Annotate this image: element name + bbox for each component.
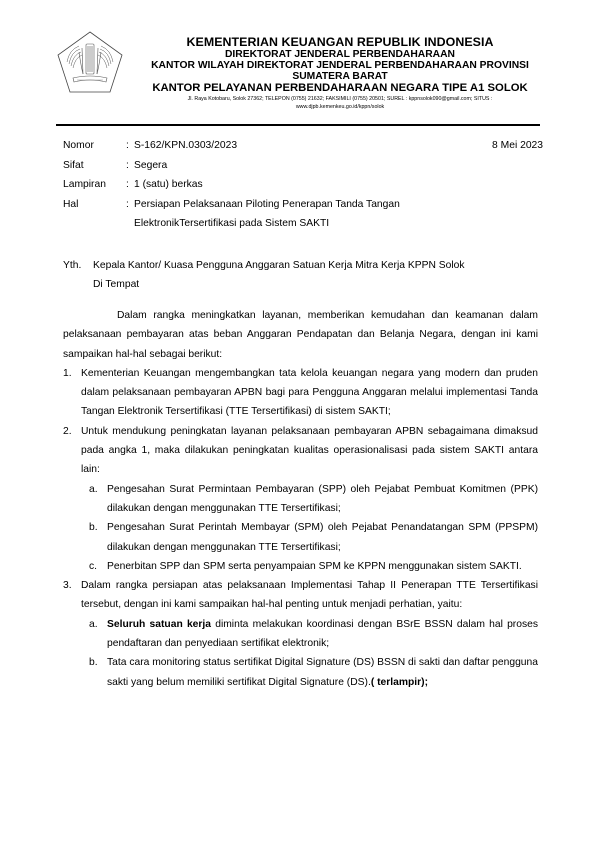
attachment-note: ( terlampir); bbox=[371, 677, 428, 688]
meta-colon: : bbox=[126, 160, 129, 171]
letterhead-website: www.djpb.kemenkeu.go.id/kppn/solok bbox=[120, 104, 560, 111]
meta-row-nomor: Nomor : S-162/KPN.0303/2023 bbox=[63, 140, 543, 160]
letterhead-divider bbox=[56, 124, 540, 126]
letter-metadata: 8 Mei 2023 Nomor : S-162/KPN.0303/2023 S… bbox=[63, 140, 543, 238]
sub-list-letter: a. bbox=[89, 615, 98, 634]
main-list: 3. Dalam rangka persiapan atas pelaksana… bbox=[63, 576, 538, 615]
letter-page: KEMENTERIAN KEUANGAN REPUBLIK INDONESIA … bbox=[0, 0, 595, 842]
meta-colon: : bbox=[126, 179, 129, 190]
list-text: Dalam rangka persiapan atas pelaksanaan … bbox=[81, 580, 538, 610]
letter-body: Dalam rangka meningkatkan layanan, membe… bbox=[63, 306, 538, 692]
sub-list: a. Seluruh satuan kerja diminta melakuka… bbox=[63, 615, 538, 692]
list-number: 1. bbox=[63, 364, 72, 383]
meta-value: Segera bbox=[134, 160, 494, 171]
sub-list-text: Pengesahan Surat Permintaan Pembayaran (… bbox=[107, 484, 538, 514]
sub-list: a. Pengesahan Surat Permintaan Pembayara… bbox=[63, 480, 538, 576]
meta-value: Persiapan Pelaksanaan Piloting Penerapan… bbox=[134, 199, 494, 210]
sub-list-item: c. Penerbitan SPP dan SPM serta penyampa… bbox=[63, 557, 538, 576]
meta-label: Lampiran bbox=[63, 179, 106, 190]
list-text: Kementerian Keuangan mengembangkan tata … bbox=[81, 368, 538, 418]
letterhead-ministry: KEMENTERIAN KEUANGAN REPUBLIK INDONESIA bbox=[120, 36, 560, 49]
meta-value: S-162/KPN.0303/2023 bbox=[134, 140, 494, 151]
list-number: 3. bbox=[63, 576, 72, 595]
letterhead-address: Jl. Raya Kotobaru, Solok 27362; TELEPON … bbox=[120, 96, 560, 103]
letterhead: KEMENTERIAN KEUANGAN REPUBLIK INDONESIA … bbox=[120, 36, 560, 111]
meta-row-lampiran: Lampiran : 1 (satu) berkas bbox=[63, 179, 543, 199]
list-item: 1. Kementerian Keuangan mengembangkan ta… bbox=[63, 364, 538, 422]
letterhead-office: KANTOR PELAYANAN PERBENDAHARAAN NEGARA T… bbox=[120, 83, 560, 95]
sub-list-text: Penerbitan SPP dan SPM serta penyampaian… bbox=[107, 561, 522, 572]
list-item: 3. Dalam rangka persiapan atas pelaksana… bbox=[63, 576, 538, 615]
sub-list-letter: b. bbox=[89, 653, 98, 672]
sub-list-letter: b. bbox=[89, 518, 98, 537]
sub-list-text: Tata cara monitoring status sertifikat D… bbox=[107, 657, 538, 687]
meta-label: Nomor bbox=[63, 140, 94, 151]
list-text: Untuk mendukung peningkatan layanan pela… bbox=[81, 426, 538, 476]
main-list: 1. Kementerian Keuangan mengembangkan ta… bbox=[63, 364, 538, 480]
addressee-salutation: Yth. bbox=[63, 256, 81, 275]
letterhead-regional-office: KANTOR WILAYAH DIREKTORAT JENDERAL PERBE… bbox=[120, 61, 560, 72]
meta-row-hal: Hal : Persiapan Pelaksanaan Piloting Pen… bbox=[63, 199, 543, 219]
meta-row-hal-continuation: ElektronikTersertifikasi pada Sistem SAK… bbox=[63, 218, 543, 238]
sub-list-item: b. Tata cara monitoring status sertifika… bbox=[63, 653, 538, 692]
sub-list-bold-lead: Seluruh satuan kerja bbox=[107, 619, 211, 630]
intro-paragraph: Dalam rangka meningkatkan layanan, membe… bbox=[63, 306, 538, 364]
list-item: 2. Untuk mendukung peningkatan layanan p… bbox=[63, 422, 538, 480]
sub-list-text: Pengesahan Surat Perintah Membayar (SPM)… bbox=[107, 522, 538, 552]
sub-list-item: a. Seluruh satuan kerja diminta melakuka… bbox=[63, 615, 538, 654]
sub-list-letter: c. bbox=[89, 557, 97, 576]
meta-value: ElektronikTersertifikasi pada Sistem SAK… bbox=[134, 218, 494, 229]
addressee-recipient: Kepala Kantor/ Kuasa Pengguna Anggaran S… bbox=[93, 256, 465, 275]
list-number: 2. bbox=[63, 422, 72, 441]
sub-list-letter: a. bbox=[89, 480, 98, 499]
meta-value: 1 (satu) berkas bbox=[134, 179, 494, 190]
meta-row-sifat: Sifat : Segera bbox=[63, 160, 543, 180]
letterhead-province: SUMATERA BARAT bbox=[120, 72, 560, 83]
sub-list-item: b. Pengesahan Surat Perintah Membayar (S… bbox=[63, 518, 538, 557]
kemenkeu-emblem-icon bbox=[55, 30, 125, 94]
meta-label: Sifat bbox=[63, 160, 84, 171]
addressee-place: Di Tempat bbox=[93, 275, 139, 294]
meta-label: Hal bbox=[63, 199, 78, 210]
meta-colon: : bbox=[126, 140, 129, 151]
sub-list-item: a. Pengesahan Surat Permintaan Pembayara… bbox=[63, 480, 538, 519]
meta-colon: : bbox=[126, 199, 129, 210]
